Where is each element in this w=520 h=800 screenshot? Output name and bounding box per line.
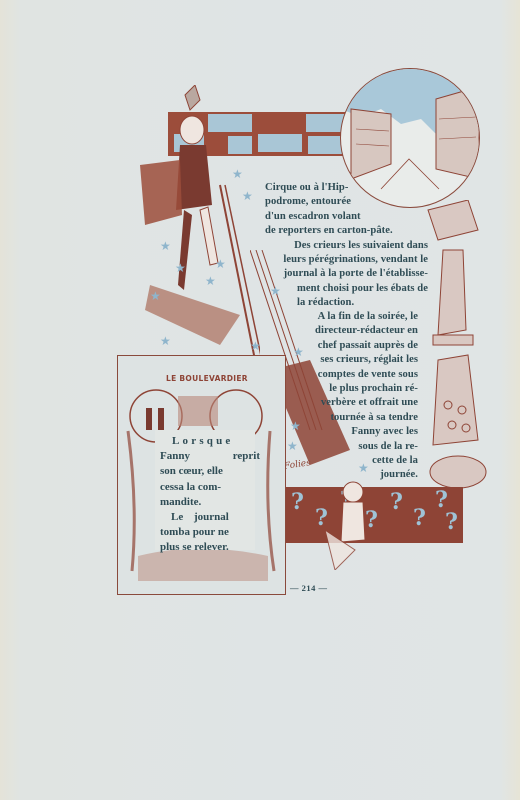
text-line: de reporters en carton-pâte. [265, 224, 393, 238]
main-text-block: Cirque ou à l'Hip- podrome, entourée d'u… [265, 181, 393, 239]
star-icon: ★ [205, 275, 216, 287]
figure-column-illustration [418, 200, 488, 490]
text-line: ses crieurs, réglait les [300, 353, 418, 367]
text-line: mandite. [160, 495, 260, 510]
page-number: — 214 — [290, 583, 328, 593]
text-line: Fanny avec les [300, 425, 418, 439]
newspaper-masthead: LE BOULEVARDIER [166, 374, 248, 383]
text-line: son cœur, elle [160, 464, 260, 479]
inset-text-block: Lorsque Fanny reprit son cœur, elle cess… [160, 434, 260, 556]
text-line: verbère et offrait une [300, 396, 418, 410]
text-line: Lorsque [160, 434, 260, 449]
star-icon: ★ [250, 340, 261, 352]
text-line: Cirque ou à l'Hip- [265, 181, 393, 195]
text-line: Des crieurs les suivaient dans [265, 239, 428, 253]
cherub-illustration [325, 470, 385, 570]
text-line: tournée à sa tendre [300, 411, 418, 425]
dancer-illustration [140, 85, 260, 355]
text-line: sous de la re- [300, 440, 418, 454]
text-line: journal à la porte de l'établisse- [265, 267, 428, 281]
text-line: le plus prochain ré- [300, 382, 418, 396]
star-icon: ★ [215, 258, 226, 270]
text-line: la rédaction. [297, 296, 354, 310]
text-line: A la fin de la soirée, le [300, 310, 418, 324]
text-line: comptes de vente sous [300, 368, 418, 382]
text-line: journée. [300, 468, 418, 482]
text-line-container: la rédaction. [297, 296, 354, 310]
star-icon: ★ [232, 168, 243, 180]
question-mark-glyph: ? [291, 489, 304, 515]
text-line: plus se relever. [160, 540, 260, 555]
text-line: cette de la [300, 454, 418, 468]
text-line: podrome, entourée [265, 195, 393, 209]
text-line: ment choisi pour les ébats de [265, 282, 428, 296]
star-icon: ★ [150, 290, 161, 302]
star-icon: ★ [287, 440, 298, 452]
text-line: Le journal [160, 510, 260, 525]
main-text-block-3: A la fin de la soirée, le directeur-réda… [300, 310, 418, 483]
text-line: chef passait auprès de [300, 339, 418, 353]
book-page: ? ? ? ? ? ? ? ? ★ ★ ★ ★ ★ ★ ★ ★ ★ ★ ★ ★ … [0, 0, 520, 800]
text-line: d'un escadron volant [265, 210, 393, 224]
star-icon: ★ [242, 190, 253, 202]
question-mark-glyph: ? [413, 505, 426, 531]
question-mark-glyph: ? [390, 489, 403, 515]
main-text-block-2: Des crieurs les suivaient dans leurs pér… [265, 239, 428, 297]
text-line: tomba pour ne [160, 525, 260, 540]
text-line: cessa la com- [160, 480, 260, 495]
star-icon: ★ [175, 262, 186, 274]
text-line: directeur-rédacteur en [300, 324, 418, 338]
text-line: Fanny reprit [160, 449, 260, 464]
star-icon: ★ [160, 240, 171, 252]
question-mark-glyph: ? [445, 509, 458, 535]
star-icon: ★ [160, 335, 171, 347]
text-line: leurs pérégrinations, vendant le [261, 253, 428, 267]
